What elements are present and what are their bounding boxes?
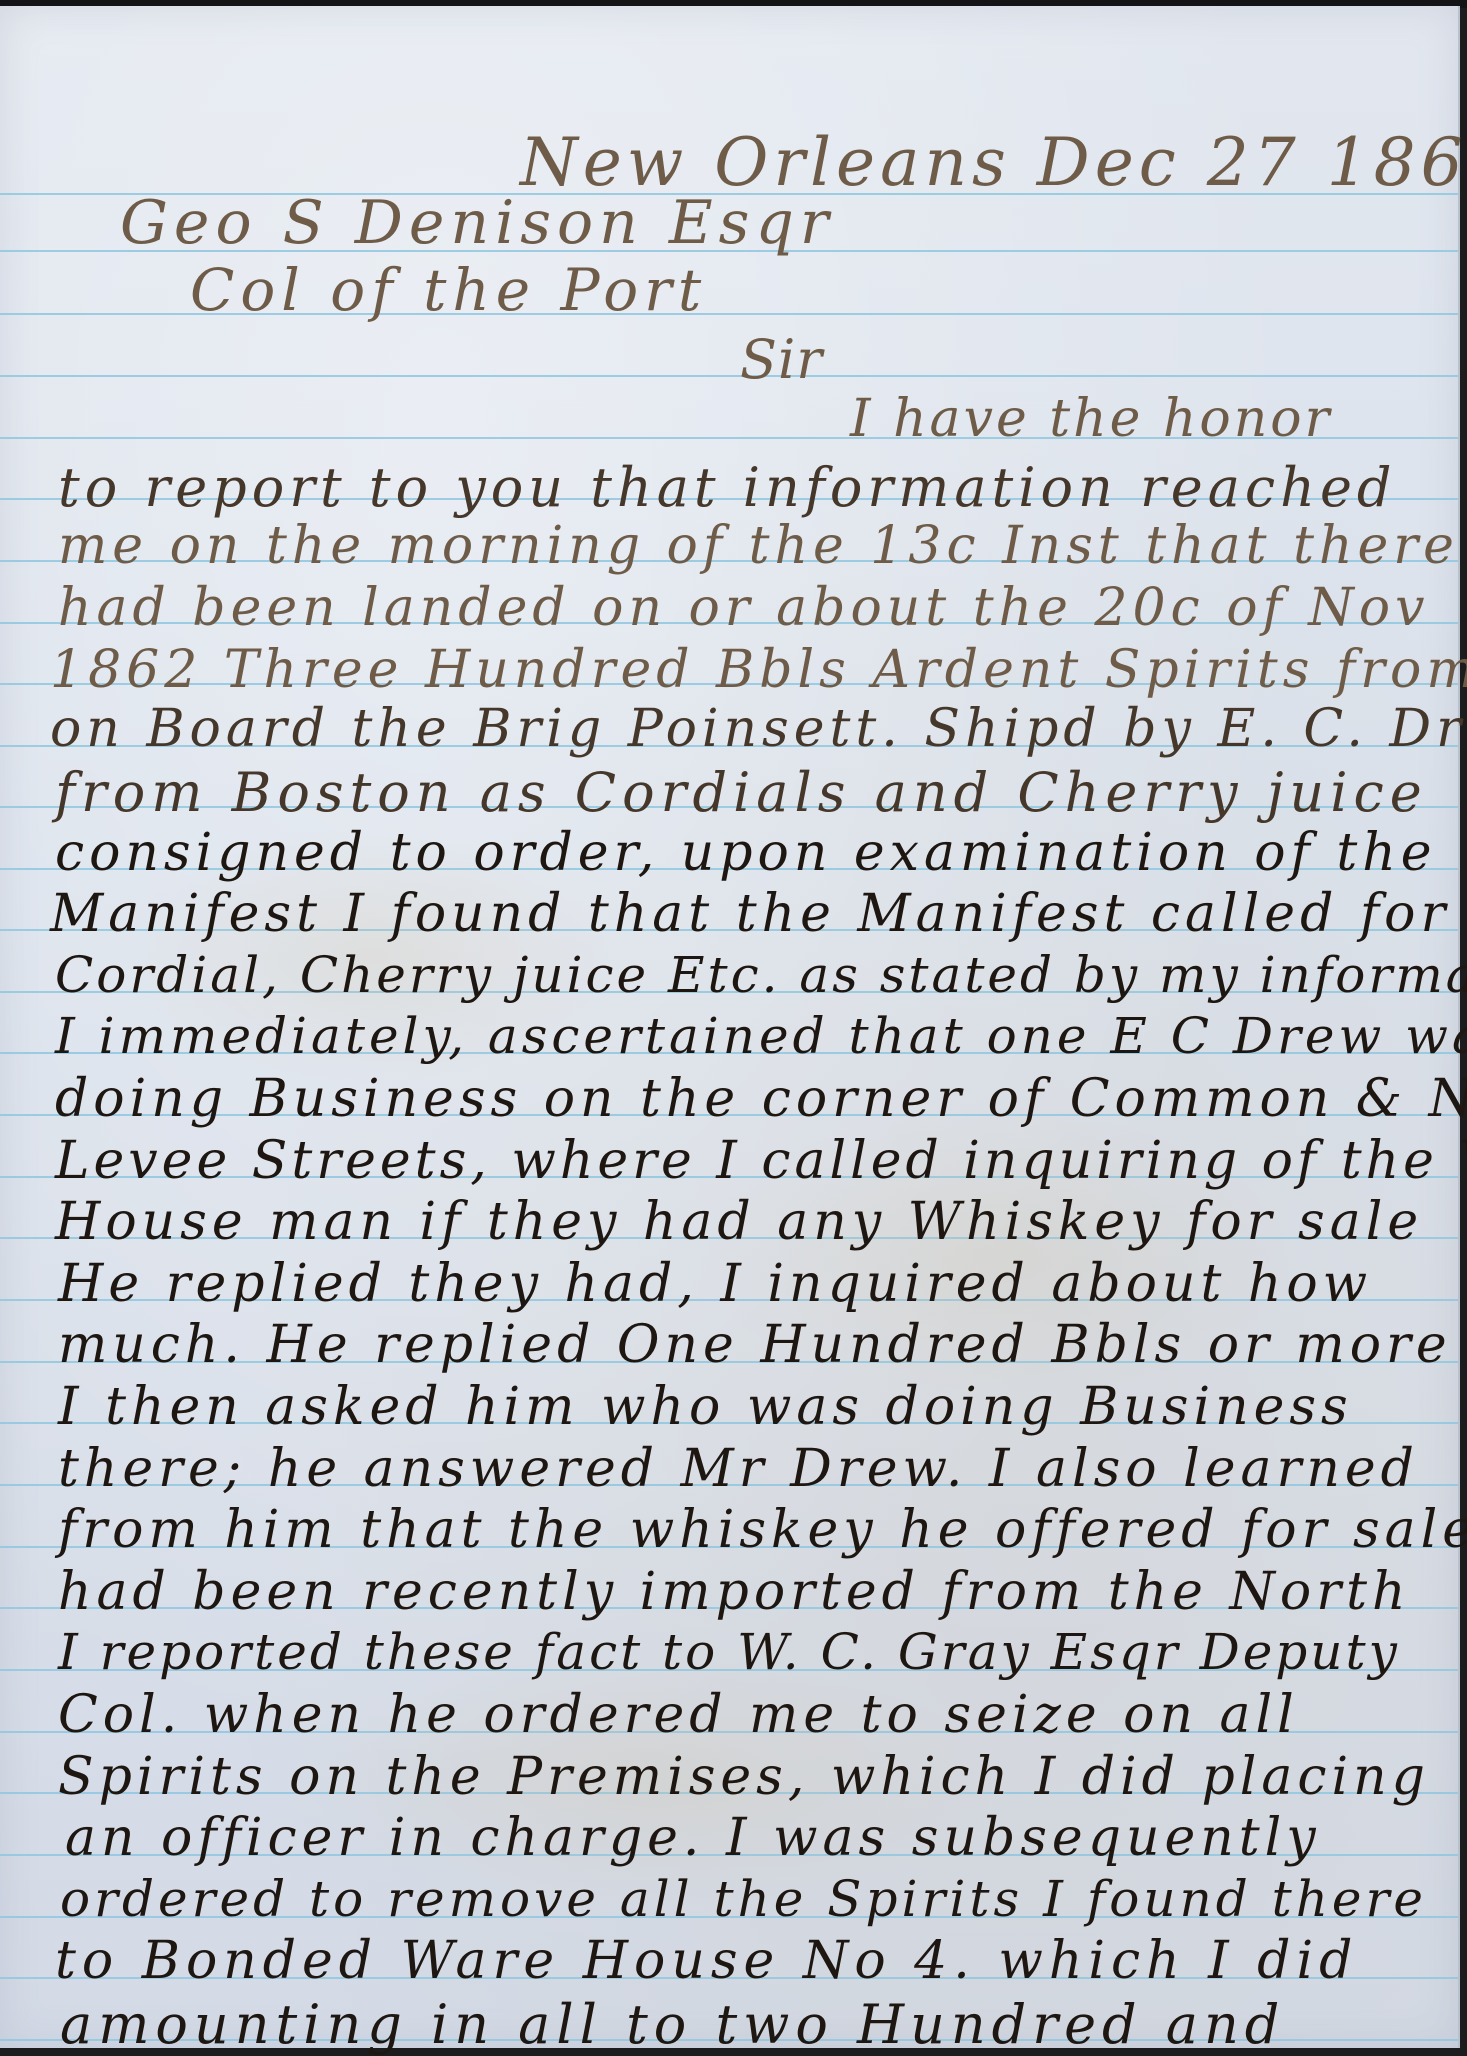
letter-line: there; he answered Mr Drew. I also learn… (58, 1439, 1419, 1499)
letter-line: an officer in charge. I was subsequently (65, 1808, 1321, 1868)
letter-line: amounting in all to two Hundred and (60, 1993, 1285, 2048)
addressee-name: Geo S Denison Esqr (120, 188, 835, 258)
letter-line: doing Business on the corner of Common &… (55, 1069, 1467, 1129)
salutation: Sir (740, 328, 823, 391)
letter-line: from Boston as Cordials and Cherry juice (55, 761, 1428, 824)
letter-line: had been landed on or about the 20c of N… (58, 578, 1429, 638)
letter-line: Spirits on the Premises, which I did pla… (58, 1747, 1430, 1807)
letter-line: Cordial, Cherry juice Etc. as stated by … (55, 946, 1467, 1004)
letter-line: much. He replied One Hundred Bbls or mor… (58, 1315, 1452, 1375)
letter-page: New Orleans Dec 27 1862 Geo S Denison Es… (0, 6, 1460, 2048)
letter-line: to Bonded Ware House No 4. which I did (55, 1931, 1358, 1991)
letter-line: consigned to order, upon examination of … (55, 823, 1437, 883)
letter-line: I then asked him who was doing Business (58, 1377, 1353, 1437)
letter-line: He replied they had, I inquired about ho… (58, 1254, 1372, 1314)
letter-line: Manifest I found that the Manifest calle… (50, 884, 1450, 944)
letter-line: from him that the whiskey he offered for… (58, 1500, 1467, 1560)
ruled-line (0, 375, 1458, 377)
letter-line: me on the morning of the 13c Inst that t… (58, 516, 1459, 576)
letter-line: I reported these fact to W. C. Gray Esqr… (58, 1623, 1400, 1681)
letter-line: on Board the Brig Poinsett. Shipd by E. … (50, 699, 1467, 759)
opening-line: I have the honor (850, 389, 1332, 449)
letter-line: ordered to remove all the Spirits I foun… (60, 1870, 1427, 1928)
addressee-title: Col of the Port (190, 256, 707, 324)
letter-line: had been recently imported from the Nort… (58, 1562, 1410, 1622)
letter-line: Col. when he ordered me to seize on all (58, 1685, 1299, 1745)
letter-line: to report to you that information reache… (58, 456, 1396, 519)
letter-line: House man if they had any Whiskey for sa… (55, 1192, 1423, 1252)
letter-line: 1862 Three Hundred Bbls Ardent Spirits f… (50, 640, 1467, 700)
letter-line: Levee Streets, where I called inquiring … (55, 1131, 1467, 1191)
letter-line: I immediately, ascertained that one E C … (55, 1007, 1467, 1065)
